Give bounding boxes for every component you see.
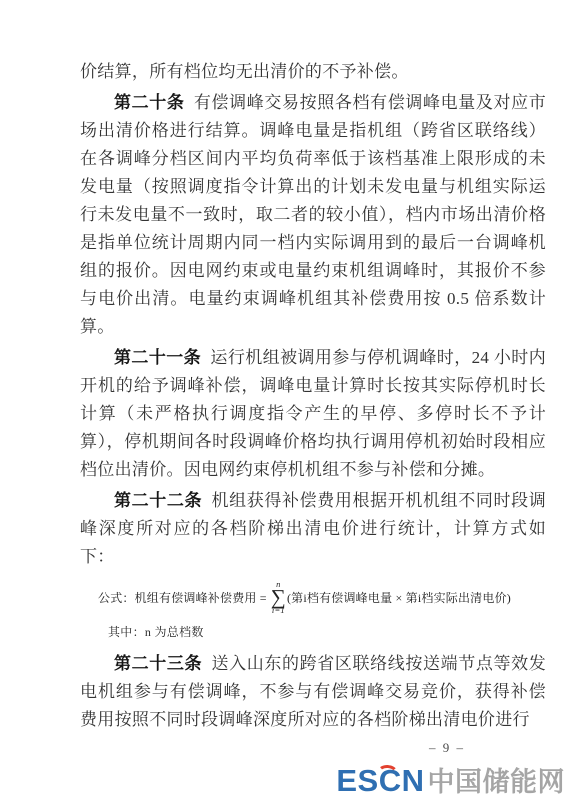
formula-note: 其中：n 为总档数	[108, 623, 546, 640]
document-body: 价结算，所有档位均无出清价的不予补偿。 第二十条有偿调峰交易按照各档有偿调峰电量…	[80, 58, 546, 737]
escn-logo-latin: ESCN	[336, 765, 424, 796]
paragraph-continuation: 价结算，所有档位均无出清价的不予补偿。	[80, 58, 546, 86]
article-20-text: 有偿调峰交易按照各档有偿调峰电量及对应市场出清价格进行结算。调峰电量是指机组（跨…	[80, 93, 546, 336]
summation-symbol: n ∑ i=1	[271, 580, 286, 615]
article-20-heading: 第二十条	[114, 93, 185, 112]
article-21-heading: 第二十一条	[114, 348, 201, 367]
compensation-formula: 公式：机组有偿调峰补偿费用 = n ∑ i=1 (第i档有偿调峰电量 × 第i档…	[98, 580, 546, 615]
formula-prefix: 公式：机组有偿调峰补偿费用 =	[98, 589, 267, 606]
article-23-heading: 第二十三条	[114, 654, 202, 673]
sum-lower-limit: i=1	[272, 606, 285, 615]
paragraph-article-21: 第二十一条运行机组被调用参与停机调峰时，24 小时内开机的给予调峰补偿，调峰电量…	[80, 344, 546, 484]
escn-watermark-logo: ESCN 中国储能网	[336, 765, 565, 796]
sigma-icon: ∑	[271, 589, 286, 607]
formula-body: (第i档有偿调峰电量 × 第i档实际出清电价)	[287, 589, 511, 606]
page-number: – 9 –	[429, 740, 465, 756]
paragraph-article-22: 第二十二条机组获得补偿费用根据开机机组不同时段调峰深度所对应的各档阶梯出清电价进…	[80, 487, 546, 571]
paragraph-article-23: 第二十三条送入山东的跨省区联络线按送端节点等效发电机组参与有偿调峰，不参与有偿调…	[80, 650, 546, 734]
escn-logo-chinese: 中国储能网	[428, 769, 566, 796]
document-page: 价结算，所有档位均无出清价的不予补偿。 第二十条有偿调峰交易按照各档有偿调峰电量…	[0, 0, 566, 800]
article-22-heading: 第二十二条	[114, 491, 202, 510]
paragraph-article-20: 第二十条有偿调峰交易按照各档有偿调峰电量及对应市场出清价格进行结算。调峰电量是指…	[80, 89, 546, 341]
article-21-text: 运行机组被调用参与停机调峰时，24 小时内开机的给予调峰补偿，调峰电量计算时长按…	[80, 348, 546, 479]
